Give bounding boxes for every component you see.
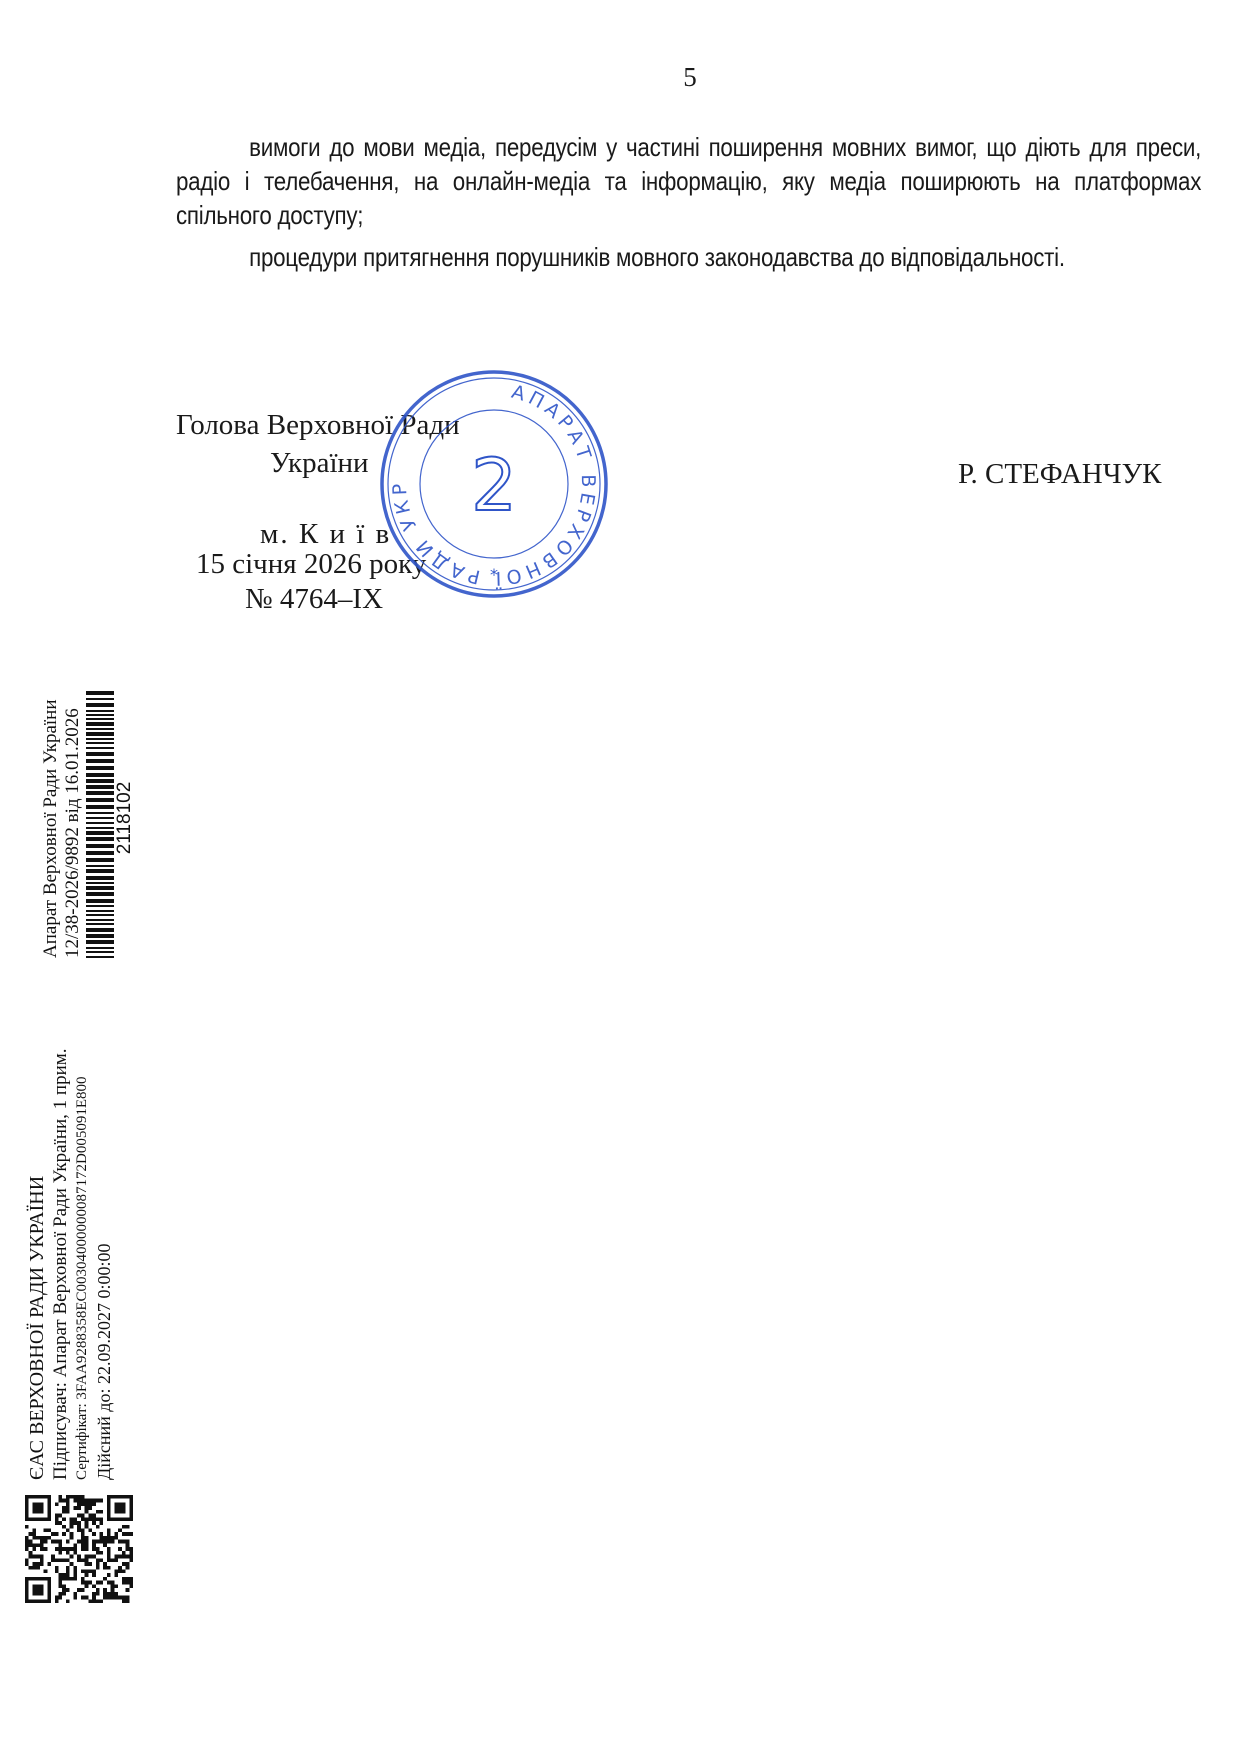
signatory-title-country: України bbox=[270, 444, 369, 482]
digital-signature-block: ЄАС ВЕРХОВНОЇ РАДИ УКРАЇНИ Підписувач: А… bbox=[25, 1000, 116, 1480]
registration-stamp: Апарат Верховної Ради України 12/38-2026… bbox=[40, 683, 136, 958]
law-number: № 4764–IX bbox=[245, 580, 383, 618]
qr-code-icon bbox=[25, 1495, 133, 1603]
page-number: 5 bbox=[0, 62, 1240, 93]
paragraph-liability-procedures: процедури притягнення порушників мовного… bbox=[176, 240, 1201, 274]
paragraph-text: процедури притягнення порушників мовного… bbox=[249, 242, 1065, 272]
registration-org: Апарат Верховної Ради України bbox=[40, 683, 62, 958]
paragraph-media-requirements: вимоги до мови медіа, передусім у частин… bbox=[176, 130, 1201, 232]
paragraph-text: вимоги до мови медіа, передусім у частин… bbox=[176, 132, 1201, 230]
registration-number: 12/38-2026/9892 від 16.01.2026 bbox=[62, 683, 84, 958]
barcode-icon bbox=[86, 683, 114, 958]
certificate-id: Сертифікат: 3FAA9288358EC003040000000871… bbox=[72, 1000, 93, 1480]
certificate-valid-until: Дійсний до: 22.09.2027 0:00:00 bbox=[93, 1000, 116, 1480]
official-seal-icon: АПАРАТ ВЕРХОВНОЇ РАДИ УКРАЇНИ 2 * bbox=[378, 368, 610, 600]
signer: Підписувач: Апарат Верховної Ради Україн… bbox=[49, 1000, 72, 1480]
system-name: ЄАС ВЕРХОВНОЇ РАДИ УКРАЇНИ bbox=[25, 1000, 49, 1480]
signatory-name: Р. СТЕФАНЧУК bbox=[958, 455, 1161, 493]
barcode-number: 2118102 bbox=[114, 718, 136, 918]
seal-star: * bbox=[490, 565, 498, 584]
seal-center-digit: 2 bbox=[471, 443, 517, 527]
